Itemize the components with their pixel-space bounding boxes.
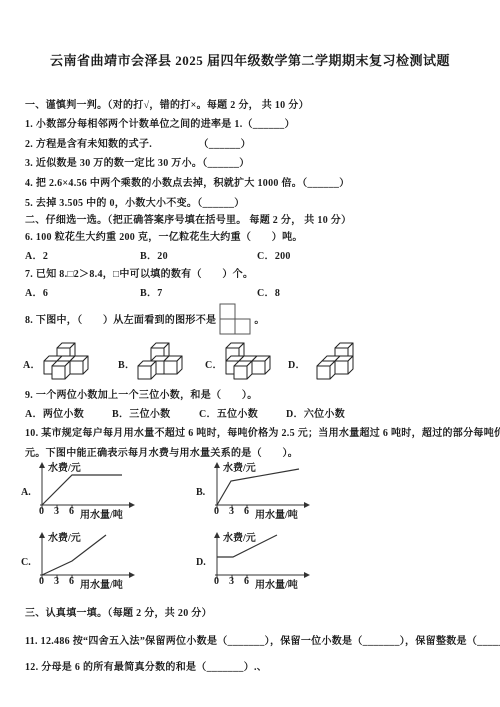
q9-option-a: A．两位小数 [25,408,84,421]
cube-arrangement-b [137,342,185,380]
y-axis-label: 水费/元 [48,529,81,544]
cube-arrangement-a [43,342,91,380]
tick-3: 3 [229,506,234,517]
q9-option-c: C．五位小数 [199,408,258,421]
section-2-header: 二、仔细选一选。（把正确答案序号填在括号里。 每题 2 分， 共 10 分） [25,214,351,227]
q8-option-d: D． [288,342,356,380]
q10-graph-b: B. 水费/元 0 3 6 用水量/吨 [193,461,368,523]
price-line [217,469,299,505]
x-axis-label: 用水量/吨 [80,576,123,591]
price-line [42,475,122,505]
tick-0: 0 [39,576,44,587]
exam-paper: 云南省曲靖市会泽县 2025 届四年级数学第二学期期末复习检测试题 一、谨慎判一… [0,0,500,707]
tick-6: 6 [244,576,249,587]
question-1: 1. 小数部分每相邻两个计数单位之间的进率是 1.（______） [25,118,295,131]
tick-0: 0 [214,576,219,587]
question-8-options: A． B． C． [0,342,500,386]
question-6-options: A．2 B．20 C．200 [0,250,500,264]
question-3: 3. 近似数是 30 万的数一定比 30 万小。（______） [25,157,250,170]
q6-option-b: B．20 [140,250,168,263]
q8-option-a-label: A． [23,359,41,372]
section-1-header: 一、谨慎判一判。（对的打√，错的打×。每题 2 分， 共 10 分） [25,99,309,112]
q7-option-a: A．6 [25,287,48,300]
q6-option-a: A．2 [25,250,48,263]
q6-option-c: C．200 [257,250,291,263]
question-2: 2. 方程是含有未知数的式子. （______） [25,138,251,151]
q10-graph-b-label: B. [196,487,205,498]
x-axis-label: 用水量/吨 [80,506,123,521]
cube-arrangement-d [308,342,356,380]
q7-option-c: C．8 [257,287,280,300]
q8-option-d-label: D． [288,359,306,372]
q10-graph-a-label: A. [21,487,31,498]
q9-option-d: D．六位小数 [286,408,345,421]
y-axis-label: 水费/元 [223,459,256,474]
question-12: 12. 分母是 6 的所有最简真分数的和是（_______）.、 [25,661,267,674]
q8-option-c: C． [205,342,273,380]
q10-graph-d: D. 水费/元 0 3 6 用水量/吨 [193,531,368,593]
question-7: 7. 已知 8.□2＞8.4，□中可以填的数有（ ）个。 [25,268,253,281]
question-5: 5. 去掉 3.505 中的 0，小数大小不变。（______） [25,197,245,210]
q9-option-b: B．三位小数 [112,408,170,421]
q8-text-before: 8. 下图中，（ ）从左面看到的图形不是 [25,314,216,327]
q10-graph-c: C. 水费/元 0 3 6 用水量/吨 [18,531,193,593]
q10-graph-c-label: C. [21,557,31,568]
cube-arrangement-c [225,342,273,380]
tick-3: 3 [54,506,59,517]
q10-graph-d-label: D. [196,557,206,568]
tick-3: 3 [229,576,234,587]
tick-0: 0 [214,506,219,517]
x-axis-label: 用水量/吨 [255,506,298,521]
question-9: 9. 一个两位小数加上一个三位小数，和是（ ）。 [25,389,258,402]
page-title: 云南省曲靖市会泽县 2025 届四年级数学第二学期期末复习检测试题 [0,54,500,67]
y-axis-label: 水费/元 [223,529,256,544]
question-11: 11. 12.486 按“四舍五入法”保留两位小数是（_______），保留一位… [25,635,500,648]
q8-option-b-label: B． [118,359,135,372]
q8-text-after: 。 [254,314,264,327]
tick-6: 6 [244,506,249,517]
question-10-line1: 10. 某市规定每户每月用水量不超过 6 吨时，每吨价格为 2.5 元；当用水量… [25,427,500,440]
tick-6: 6 [69,576,74,587]
tick-3: 3 [54,576,59,587]
left-view-shape-figure [219,303,251,337]
q8-option-c-label: C． [205,359,223,372]
q8-option-a: A． [23,342,91,380]
tick-0: 0 [39,506,44,517]
section-3-header: 三、认真填一填。（每题 2 分，共 20 分） [25,607,212,620]
q10-graph-a: A. 水费/元 0 3 6 用水量/吨 [18,461,193,523]
question-9-options: A．两位小数 B．三位小数 C．五位小数 D．六位小数 [0,408,500,422]
question-6: 6. 100 粒花生大约重 200 克，一亿粒花生大约重（ ）吨。 [25,231,303,244]
q7-option-b: B．7 [140,287,163,300]
q8-option-b: B． [118,342,185,380]
question-4: 4. 把 2.6×4.56 中两个乘数的小数点去掉，积就扩大 1000 倍。（_… [25,177,350,190]
y-axis-label: 水费/元 [48,459,81,474]
x-axis-label: 用水量/吨 [255,576,298,591]
tick-6: 6 [69,506,74,517]
question-8: 8. 下图中，（ ）从左面看到的图形不是 。 [25,303,265,337]
question-7-options: A．6 B．7 C．8 [0,287,500,301]
